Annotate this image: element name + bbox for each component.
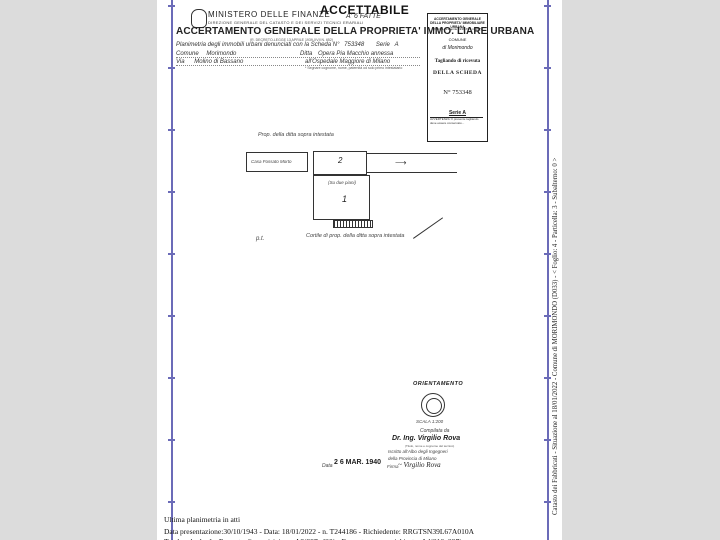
- ruler-tick: [168, 501, 175, 503]
- footer-line-1: Ultima planimetria in atti: [164, 515, 240, 524]
- room-2-label: 2: [338, 156, 342, 165]
- scheda-label: Planimetria degli immobili urbani denunc…: [176, 42, 399, 48]
- orientation-label: ORIENTAMENTO: [413, 381, 463, 387]
- ruler-tick: [168, 315, 175, 317]
- serie-value: A: [395, 42, 399, 48]
- scale-label: SCALA 1:200: [416, 419, 443, 424]
- ruler-tick: [168, 5, 175, 7]
- stub-law: (R. D.-L. 13 aprile 1939-XVII n. 652): [428, 27, 487, 31]
- date-value: 2 6 MAR. 1940: [334, 459, 381, 466]
- ruler-tick: [168, 191, 175, 193]
- footnote: * Segnare cognome, nome, paternità od so…: [305, 66, 402, 70]
- stub-line2: DELLA SCHEDA: [428, 70, 487, 76]
- serie-label: Serie: [376, 42, 390, 48]
- ruler-tick: [544, 439, 551, 441]
- ruler-tick: [168, 377, 175, 379]
- stairs: [333, 220, 373, 228]
- direzione-line: DIREZIONE GENERALE DEL CATASTO E DEI SER…: [208, 20, 364, 25]
- stamp-subtext: A' 6 FATTE: [346, 13, 381, 20]
- ministry-name: MINISTERO DELLE FINANZE: [208, 10, 330, 19]
- signature-scribble: ~ Virgilio Rova: [398, 461, 441, 469]
- signature-label: Firma: [387, 464, 399, 469]
- form-underline: [176, 65, 420, 66]
- ruler-tick: [168, 439, 175, 441]
- arrow-icon: ⟶: [395, 158, 406, 167]
- left-margin-line: [171, 0, 173, 540]
- compass-icon: [421, 393, 445, 417]
- engineer-name: Dr. Ing. Virgilio Rova: [392, 435, 460, 442]
- stub-number: N° 753348: [428, 89, 487, 96]
- ruler-tick: [544, 377, 551, 379]
- room-1-note: (Su due piani): [328, 180, 356, 185]
- plan-left-label: Casa Fossato Morto: [251, 159, 292, 164]
- albo-label: Iscritto all'Albo degli Ingegneri: [388, 449, 448, 454]
- side-caption: Catasto dei Fabbricati - Situazione al 1…: [552, 158, 559, 515]
- pt-label: p.t.: [256, 236, 264, 242]
- ruler-tick: [544, 315, 551, 317]
- compiled-by-label: Compilata da: [420, 428, 449, 434]
- date-label: Data: [322, 463, 333, 469]
- ruler-tick: [168, 253, 175, 255]
- corridor: [367, 153, 457, 173]
- stub-avvertenza: AVVERTENZA: Il presente tagliando deve e…: [430, 117, 483, 138]
- stub-serie: Serie A: [428, 110, 487, 116]
- ruler-tick: [544, 129, 551, 131]
- ruler-tick: [544, 501, 551, 503]
- stub-comune-value: di Morimondo: [428, 45, 487, 51]
- ruler-tick: [544, 253, 551, 255]
- ruler-tick: [168, 129, 175, 131]
- ruler-tick: [544, 67, 551, 69]
- scheda-number: 753348: [344, 42, 364, 48]
- ruler-tick: [544, 5, 551, 7]
- stub-line1: Tagliando di ricevuta: [428, 59, 487, 64]
- plan-top-label: Prop. della ditta sopra intestata: [258, 132, 334, 138]
- receipt-stub: ACCERTAMENTO GENERALE DELLA PROPRIETA' I…: [427, 13, 488, 142]
- right-margin-line: [547, 0, 549, 540]
- form-underline: [176, 57, 420, 58]
- plan-bottom-label: Cortile di prop. della ditta sopra intes…: [306, 233, 404, 239]
- stub-comune-label: COMUNE: [428, 37, 487, 42]
- room-1-label: 1: [342, 194, 347, 204]
- engineer-note: (Titolo, nome e cognome del tecnico): [405, 444, 454, 448]
- scheda-label-text: Planimetria degli immobili urbani denunc…: [176, 42, 340, 48]
- ruler-tick: [544, 191, 551, 193]
- ruler-tick: [168, 67, 175, 69]
- footer-line-2: Data presentazione:30/10/1943 - Data: 18…: [164, 527, 474, 536]
